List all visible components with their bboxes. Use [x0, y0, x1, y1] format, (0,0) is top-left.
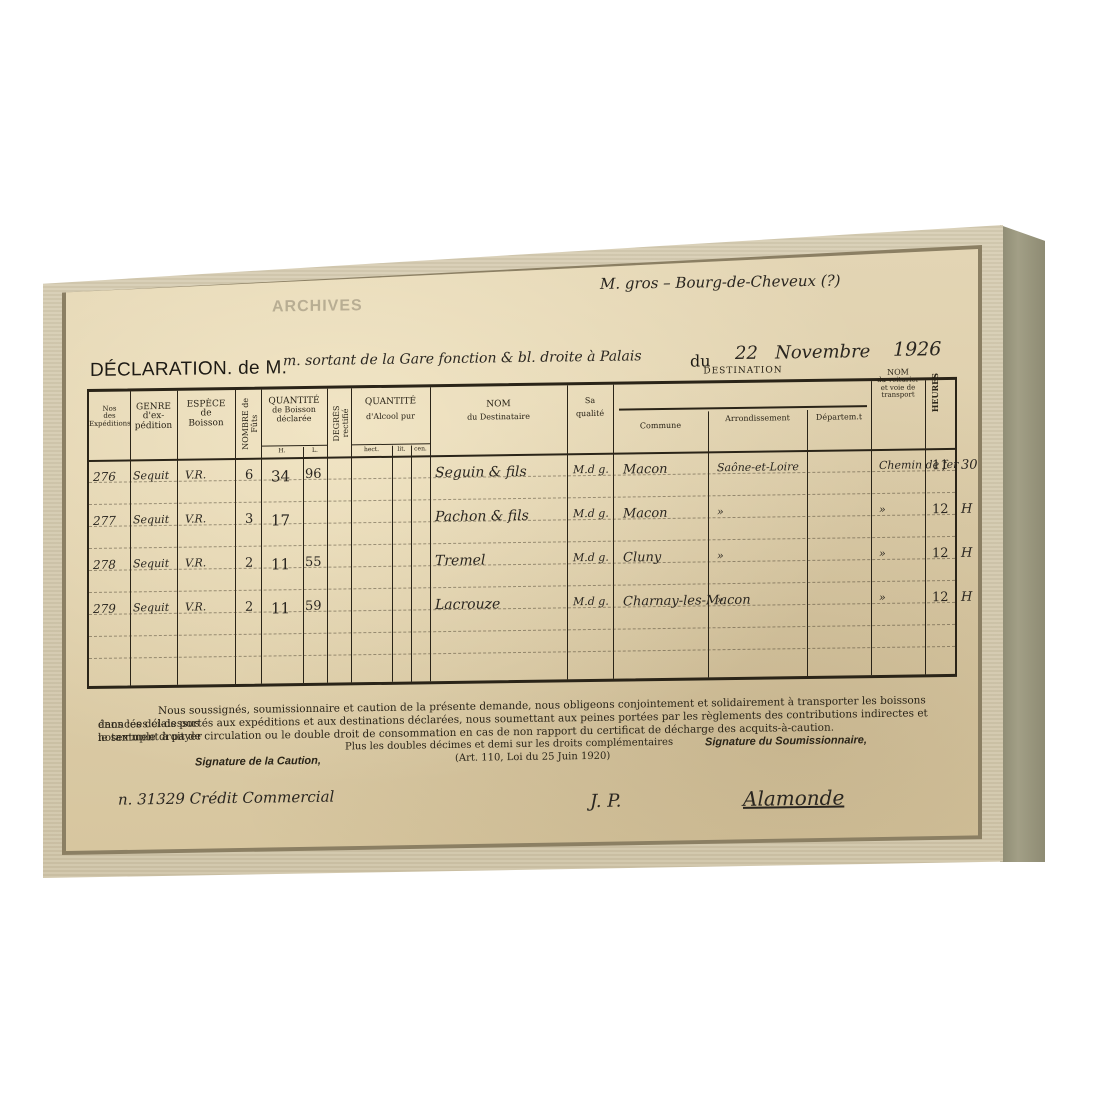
row-qualite: M.d g. — [573, 463, 609, 477]
declaration-table: NosdesExpéditions GENREd'ex-pédition ESP… — [87, 377, 957, 689]
header-espece: ESPÈCEdeBoisson — [177, 400, 235, 429]
faded-stamp: ARCHIVES — [272, 297, 363, 316]
row-l: 96 — [305, 467, 322, 482]
soumissionnaire-signature-label: Signature du Soumissionnaire, — [705, 734, 867, 748]
handwritten-initials: J. P. — [590, 791, 621, 812]
handwritten-registry: n. 31329 Crédit Commercial — [118, 788, 334, 809]
row-l: 55 — [305, 555, 322, 570]
header-voiturier: NOMdu voiturieret voie detransport — [871, 368, 925, 399]
row-futs: 2 — [245, 600, 253, 615]
row-arrondissement: » — [717, 505, 724, 518]
row-extra: H — [961, 590, 972, 605]
date-day: 22 — [735, 343, 758, 364]
header-departement: Départem.t — [807, 413, 871, 422]
row-hl: 17 — [271, 511, 290, 529]
date-month: Novembre — [775, 341, 870, 363]
row-commune: Macon — [623, 462, 668, 478]
row-espece: V.R. — [185, 556, 206, 569]
row-futs: 2 — [245, 556, 253, 571]
table-row: 279SequitV.R.21159LacrouzeM.d g.Charnay-… — [89, 380, 955, 392]
row-hl: 11 — [271, 555, 290, 573]
header-hect: hect. — [351, 447, 392, 454]
row-heures: 11 — [932, 458, 949, 473]
row-number: 279 — [93, 602, 116, 616]
header-cen: cen. — [411, 446, 430, 453]
row-genre: Sequit — [133, 469, 169, 483]
row-extra: H — [961, 546, 972, 561]
header-nombre-futs: NOMBRE de Fûts — [241, 396, 259, 452]
law-reference: (Art. 110, Loi du 25 Juin 1920) — [455, 751, 610, 764]
header-num: NosdesExpéditions — [89, 405, 130, 428]
date-year: 1926 — [893, 338, 941, 361]
row-qualite: M.d g. — [573, 551, 609, 565]
row-futs: 3 — [245, 512, 253, 527]
header-quantite-boisson: QUANTITÉde Boissondéclarée — [261, 397, 327, 424]
row-espece: V.R. — [185, 600, 206, 613]
header-arrondissement: Arrondissement — [708, 414, 807, 424]
row-hl: 11 — [271, 599, 290, 617]
row-arrondissement: » — [717, 593, 724, 606]
row-arrondissement: » — [717, 549, 724, 562]
header-qualite: Saqualité — [567, 397, 613, 419]
row-hl: 34 — [271, 467, 290, 485]
row-arrondissement: Saône-et-Loire — [717, 460, 799, 474]
header-l: L. — [303, 448, 327, 455]
row-heures: 12 — [932, 546, 949, 561]
row-genre: Sequit — [133, 513, 169, 527]
row-espece: V.R. — [185, 468, 206, 481]
row-destinataire: Tremel — [435, 552, 485, 569]
row-commune: Cluny — [623, 550, 661, 566]
handwritten-top-line: M. gros – Bourg-de-Cheveux (?) — [600, 272, 841, 293]
header-genre: GENREd'ex-pédition — [130, 403, 177, 432]
row-destinataire: Pachon & fils — [435, 508, 529, 525]
row-voiturier: » — [879, 503, 886, 516]
row-number: 277 — [93, 514, 116, 528]
row-qualite: M.d g. — [573, 595, 609, 609]
row-genre: Sequit — [133, 601, 169, 615]
header-heures: HEURES — [930, 362, 940, 422]
row-number: 278 — [93, 558, 116, 572]
row-commune: Charnay-les-Macon — [623, 593, 751, 610]
table-row: 276SequitV.R.63496Seguin & filsM.d g.Mac… — [89, 380, 955, 392]
row-voiturier: » — [879, 547, 886, 560]
row-heures: 12 — [932, 502, 949, 517]
row-destinataire: Seguin & fils — [435, 464, 527, 481]
header-destination: DESTINATION — [619, 365, 867, 378]
row-espece: V.R. — [185, 512, 206, 525]
row-number: 276 — [93, 470, 116, 484]
page-title: DÉCLARATION. de M. — [90, 357, 287, 382]
table-row: 278SequitV.R.21155TremelM.d g.Cluny»»12H — [89, 380, 955, 392]
caution-signature-label: Signature de la Caution, — [195, 755, 321, 769]
handwritten-signature: Alamonde — [743, 785, 844, 810]
declaration-document: ARCHIVES M. gros – Bourg-de-Cheveux (?) … — [0, 0, 1100, 1100]
row-futs: 6 — [245, 468, 253, 483]
row-commune: Macon — [623, 506, 668, 522]
header-quantite-alcool: QUANTITÉd'Alcool pur — [351, 397, 430, 422]
header-degres: DEGRÉS rectifié — [332, 392, 350, 454]
handwritten-declarant: m. sortant de la Gare fonction & bl. dro… — [283, 348, 642, 369]
row-qualite: M.d g. — [573, 507, 609, 521]
header-hl: H. — [261, 448, 303, 455]
date-day-month: 22 Novembre — [735, 341, 870, 364]
table-row: 277SequitV.R.317Pachon & filsM.d g.Macon… — [89, 380, 955, 392]
row-l: 59 — [305, 599, 322, 614]
row-genre: Sequit — [133, 557, 169, 571]
row-extra: H — [961, 502, 972, 517]
row-extra: 30 — [961, 458, 978, 473]
header-destinataire: NOMdu Destinataire — [430, 399, 567, 423]
header-commune: Commune — [613, 421, 708, 431]
header-lit: lit. — [392, 447, 411, 454]
row-heures: 12 — [932, 590, 949, 605]
row-destinataire: Lacrouze — [435, 596, 500, 613]
row-voiturier: » — [879, 591, 886, 604]
